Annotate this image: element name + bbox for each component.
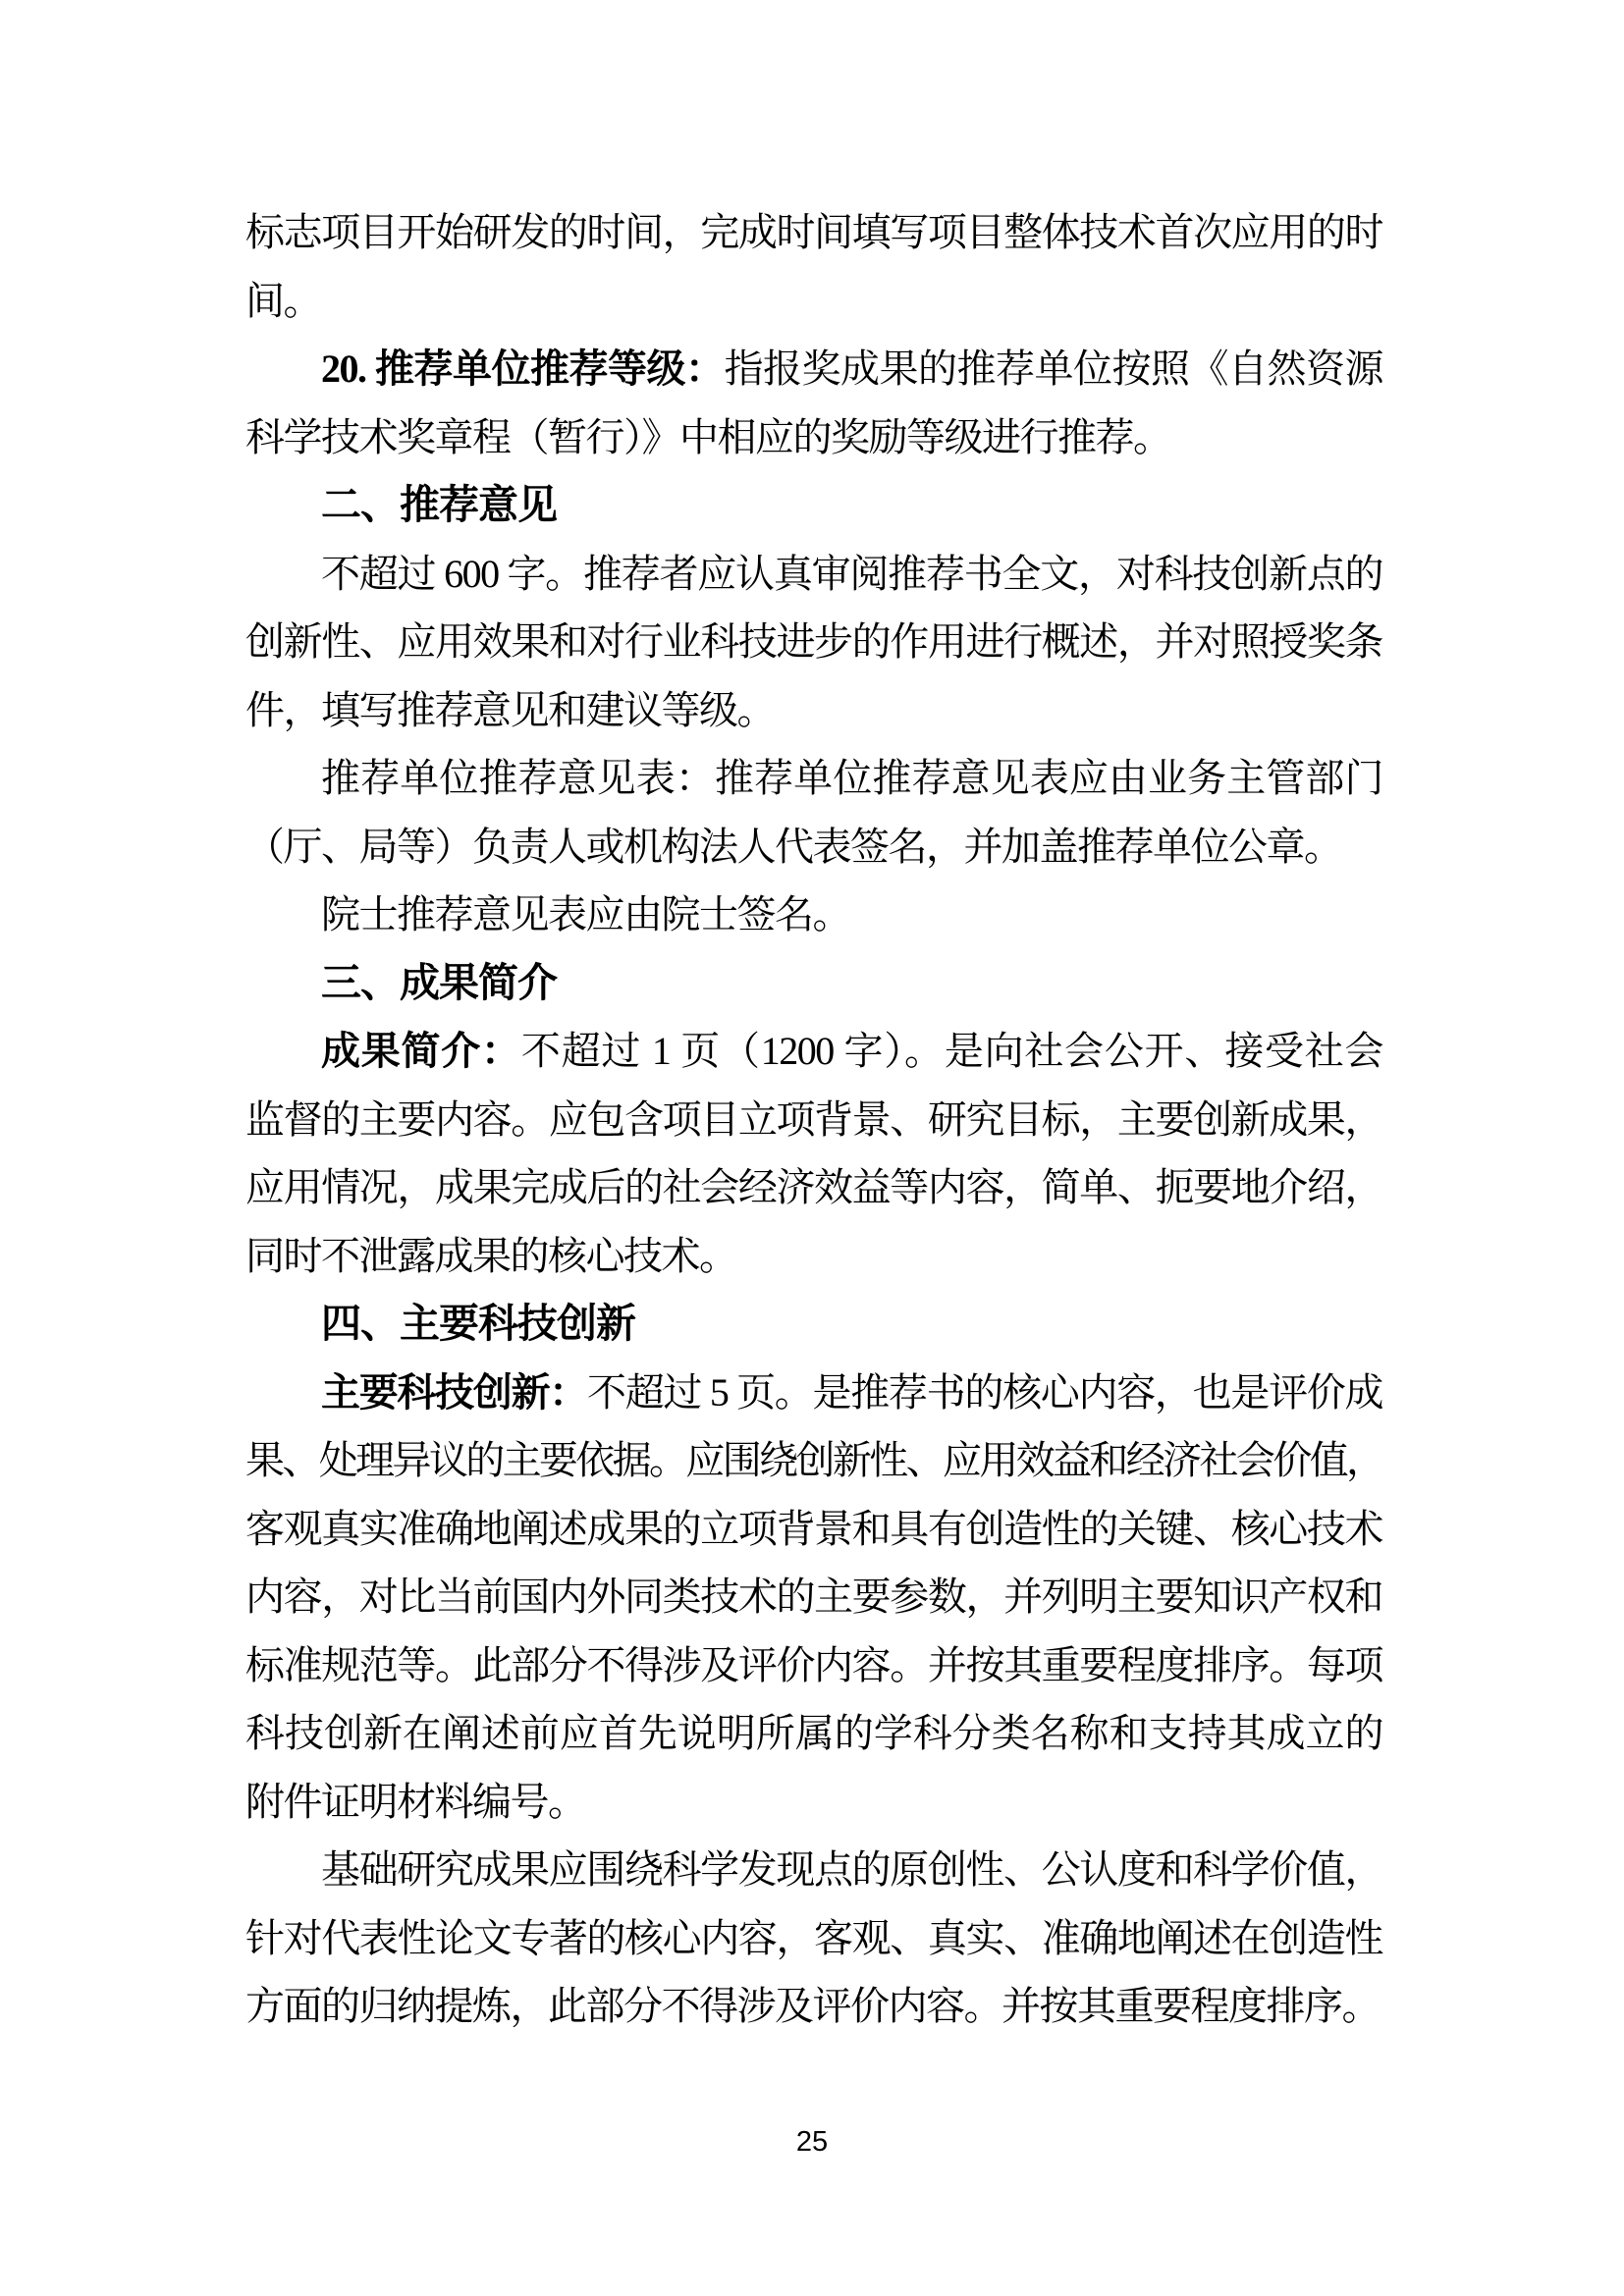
text-line: 成果简介：不超过 1 页（1200 字）。是向社会公开、接受社会 xyxy=(245,1017,1382,1086)
heading-text: 二、推荐意见 xyxy=(321,482,557,527)
document-page: 标志项目开始研发的时间，完成时间填写项目整体技术首次应用的时 间。 20. 推荐… xyxy=(0,0,1624,2296)
text-line: 件，填写推荐意见和建议等级。 xyxy=(245,676,1382,745)
text-run: 不超过 5 页。是推荐书的核心内容，也是评价成 xyxy=(587,1370,1382,1415)
text-block: 标志项目开始研发的时间，完成时间填写项目整体技术首次应用的时 间。 20. 推荐… xyxy=(245,198,1382,2041)
text-line: 20. 推荐单位推荐等级：指报奖成果的推荐单位按照《自然资源 xyxy=(245,335,1382,403)
text-line: 方面的归纳提炼，此部分不得涉及评价内容。并按其重要程度排序。 xyxy=(245,1972,1382,2041)
heading-text: 三、成果简介 xyxy=(321,960,557,1005)
text-run: 科技创新在阐述前应首先说明所属的学科分类名称和支持其成立的 xyxy=(245,1711,1382,1755)
text-run: 附件证明材料编号。 xyxy=(245,1780,586,1824)
section-heading: 四、主要科技创新 xyxy=(245,1290,1382,1359)
text-run: 方面的归纳提炼，此部分不得涉及评价内容。并按其重要程度排序。 xyxy=(245,1984,1380,2028)
text-run: 间。 xyxy=(245,279,321,323)
text-run: 应用情况，成果完成后的社会经济效益等内容，简单、扼要地介绍， xyxy=(245,1165,1382,1209)
text-run: 件，填写推荐意见和建议等级。 xyxy=(245,688,775,732)
text-line: 附件证明材料编号。 xyxy=(245,1768,1382,1837)
text-run: 针对代表性论文专著的核心内容，客观、真实、准确地阐述在创造性 xyxy=(245,1916,1382,1960)
text-line: 间。 xyxy=(245,267,1382,336)
text-run: 基础研究成果应围绕科学发现点的原创性、公认度和科学价值， xyxy=(321,1847,1382,1892)
bold-run: 主要科技创新： xyxy=(321,1370,587,1415)
text-line: 标志项目开始研发的时间，完成时间填写项目整体技术首次应用的时 xyxy=(245,198,1382,267)
text-run: 不超过 1 页（1200 字）。是向社会公开、接受社会 xyxy=(521,1029,1382,1073)
text-line: 果、处理异议的主要依据。应围绕创新性、应用效益和经济社会价值， xyxy=(245,1426,1382,1495)
text-line: 同时不泄露成果的核心技术。 xyxy=(245,1222,1382,1291)
text-run: 标准规范等。此部分不得涉及评价内容。并按其重要程度排序。每项 xyxy=(245,1643,1382,1687)
text-run: 科学技术奖章程（暂行）》中相应的奖励等级进行推荐。 xyxy=(245,415,1171,459)
bold-run: 20. 推荐单位推荐等级： xyxy=(321,347,725,391)
heading-text: 四、主要科技创新 xyxy=(321,1301,635,1346)
text-line: 监督的主要内容。应包含项目立项背景、研究目标，主要创新成果， xyxy=(245,1086,1382,1154)
text-line: 科技创新在阐述前应首先说明所属的学科分类名称和支持其成立的 xyxy=(245,1699,1382,1768)
text-line: 标准规范等。此部分不得涉及评价内容。并按其重要程度排序。每项 xyxy=(245,1631,1382,1700)
text-line: 基础研究成果应围绕科学发现点的原创性、公认度和科学价值， xyxy=(245,1836,1382,1904)
section-heading: 三、成果简介 xyxy=(245,949,1382,1018)
text-line: （厅、局等）负责人或机构法人代表签名，并加盖推荐单位公章。 xyxy=(245,813,1382,881)
text-run: 指报奖成果的推荐单位按照《自然资源 xyxy=(725,347,1383,391)
text-line: 针对代表性论文专著的核心内容，客观、真实、准确地阐述在创造性 xyxy=(245,1904,1382,1973)
text-line: 主要科技创新：不超过 5 页。是推荐书的核心内容，也是评价成 xyxy=(245,1359,1382,1427)
text-run: 监督的主要内容。应包含项目立项背景、研究目标，主要创新成果， xyxy=(245,1097,1382,1142)
bold-run: 成果简介： xyxy=(321,1029,521,1073)
text-run: 创新性、应用效果和对行业科技进步的作用进行概述，并对照授奖条 xyxy=(245,619,1382,664)
text-line: 院士推荐意见表应由院士签名。 xyxy=(245,881,1382,949)
text-run: 果、处理异议的主要依据。应围绕创新性、应用效益和经济社会价值， xyxy=(245,1438,1382,1482)
text-run: 院士推荐意见表应由院士签名。 xyxy=(321,892,850,936)
text-run: 标志项目开始研发的时间，完成时间填写项目整体技术首次应用的时 xyxy=(245,210,1382,254)
text-line: 推荐单位推荐意见表：推荐单位推荐意见表应由业务主管部门 xyxy=(245,744,1382,813)
text-line: 应用情况，成果完成后的社会经济效益等内容，简单、扼要地介绍， xyxy=(245,1153,1382,1222)
section-heading: 二、推荐意见 xyxy=(245,471,1382,540)
text-line: 不超过 600 字。推荐者应认真审阅推荐书全文，对科技创新点的 xyxy=(245,540,1382,609)
text-line: 科学技术奖章程（暂行）》中相应的奖励等级进行推荐。 xyxy=(245,403,1382,472)
text-run: 客观真实准确地阐述成果的立项背景和具有创造性的关键、核心技术 xyxy=(245,1507,1382,1551)
text-run: （厅、局等）负责人或机构法人代表签名，并加盖推荐单位公章。 xyxy=(245,825,1342,869)
text-line: 创新性、应用效果和对行业科技进步的作用进行概述，并对照授奖条 xyxy=(245,608,1382,676)
text-run: 内容，对比当前国内外同类技术的主要参数，并列明主要知识产权和 xyxy=(245,1575,1382,1619)
text-line: 客观真实准确地阐述成果的立项背景和具有创造性的关键、核心技术 xyxy=(245,1495,1382,1564)
text-line: 内容，对比当前国内外同类技术的主要参数，并列明主要知识产权和 xyxy=(245,1563,1382,1631)
page-number: 25 xyxy=(0,2126,1624,2158)
text-run: 推荐单位推荐意见表：推荐单位推荐意见表应由业务主管部门 xyxy=(321,756,1382,800)
text-run: 不超过 600 字。推荐者应认真审阅推荐书全文，对科技创新点的 xyxy=(321,552,1382,596)
text-run: 同时不泄露成果的核心技术。 xyxy=(245,1234,737,1278)
